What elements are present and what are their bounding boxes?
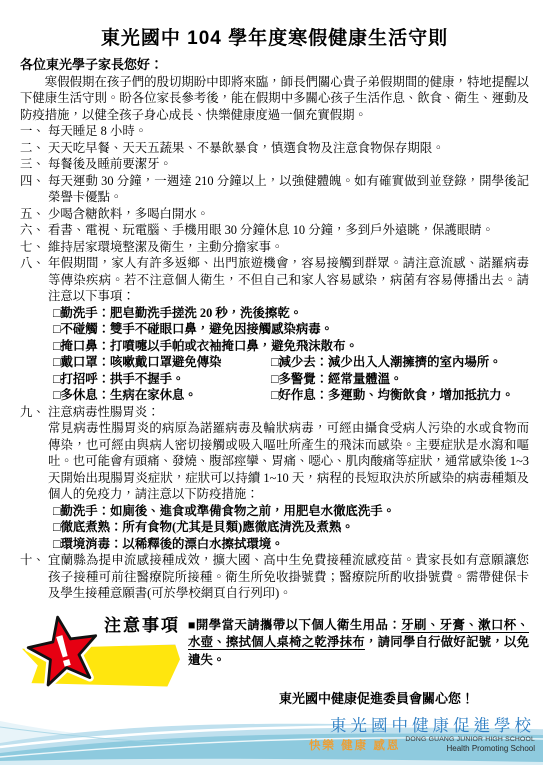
exclamation-star-icon: ! [17,603,111,702]
rule-number: 九、 [20,404,48,421]
hygiene-checkbox-item: □戴口罩：咳嗽戴口罩避免傳染 [53,354,271,371]
rule-number: 十、 [20,552,48,602]
school-name-en-line: DONG GUANG JUNIOR HIGH SCHOOL [405,736,535,744]
rule-text: 維持居家環境整潔及衛生，主動分擔家事。 [48,239,529,256]
school-logo-subrow: 快樂 健康 感恩 DONG GUANG JUNIOR HIGH SCHOOL H… [309,736,535,755]
greeting-line: 各位東光學子家長您好： [20,57,529,74]
prevention-checkbox-item: □徹底煮熟：所有食物(尤其是貝類)應徹底清洗及煮熟。 [53,519,529,536]
rule-text: 每天睡足 8 小時。 [48,123,529,140]
rule-number: 八、 [20,255,48,305]
rule-number: 六、 [20,222,48,239]
document-page: 東光國中 104 學年度寒假健康生活守則 各位東光學子家長您好： 寒假假期在孩子… [0,0,543,768]
rule-item-1: 一、 每天睡足 8 小時。 [20,123,529,140]
notice-badge-graphic: ! 注意事項 [20,612,188,688]
gastroenteritis-paragraph: 常見病毒性腸胃炎的病原為諾羅病毒及輪狀病毒，可經由攝食受病人污染的水或食物而傳染… [48,420,529,503]
rule-number: 五、 [20,206,48,223]
rule-number: 四、 [20,173,48,206]
hygiene-checkbox-item: □不碰觸：雙手不碰眼口鼻，避免因接觸感染病毒。 [53,321,529,338]
notice-section: ! 注意事項 ■開學當天請攜帶以下個人衛生用品：牙刷、牙膏、漱口杯、水壺、擦拭個… [20,612,529,688]
school-logo-block: 東光國中健康促進學校 快樂 健康 感恩 DONG GUANG JUNIOR HI… [309,716,535,755]
rule-item-8: 八、 年假期間，家人有許多返鄉、出門旅遊機會，容易接觸到群眾。請注意流感、諾羅病… [20,255,529,305]
closing-line: 東光國中健康促進委員會關心您！ [20,691,529,708]
hygiene-checkbox-item: □好作息：多運動、均衡飲食，增加抵抗力。 [271,387,514,404]
notice-text: ■開學當天請攜帶以下個人衛生用品：牙刷、牙膏、漱口杯、水壺、擦拭個人桌椅之乾淨抹… [188,612,529,688]
rule-number: 七、 [20,239,48,256]
rule-item-2: 二、 天天吃早餐、天天五蔬果、不暴飲暴食，慎選食物及注意食物保存期限。 [20,140,529,157]
rule-heading: 注意病毒性腸胃炎： [48,404,529,421]
rule-text: 每天運動 30 分鐘，一週達 210 分鐘以上，以強健體魄。如有確實做到並登錄，… [48,173,529,206]
rule-item-4: 四、 每天運動 30 分鐘，一週達 210 分鐘以上，以強健體魄。如有確實做到並… [20,173,529,206]
school-name-english: DONG GUANG JUNIOR HIGH SCHOOL Health Pro… [405,736,535,754]
hygiene-checkbox-row: □打招呼：拱手不握手。 □多警覺：經常量體溫。 [53,371,529,388]
hygiene-checkbox-item: □減少去：減少出入人潮擁擠的室內場所。 [271,354,502,371]
rule-text: 看書、電視、玩電腦、手機用眼 30 分鐘休息 10 分鐘，多到戶外遠眺，保護眼睛… [48,222,529,239]
hygiene-checkbox-row: □戴口罩：咳嗽戴口罩避免傳染 □減少去：減少出入人潮擁擠的室內場所。 [53,354,529,371]
rule-item-9: 九、 注意病毒性腸胃炎： [20,404,529,421]
rule-item-6: 六、 看書、電視、玩電腦、手機用眼 30 分鐘休息 10 分鐘，多到戶外遠眺，保… [20,222,529,239]
rule-item-3: 三、 每餐後及睡前要潔牙。 [20,156,529,173]
rule-text: 宜蘭縣為提申流感接種成效，擴大國、高中生免費接種流感疫苗。貴家長如有意願讓您孩子… [48,552,529,602]
rule-item-7: 七、 維持居家環境整潔及衛生，主動分擔家事。 [20,239,529,256]
rule-text: 天天吃早餐、天天五蔬果、不暴飲暴食，慎選食物及注意食物保存期限。 [48,140,529,157]
document-body: 東光國中 104 學年度寒假健康生活守則 各位東光學子家長您好： 寒假假期在孩子… [0,0,543,707]
page-title: 東光國中 104 學年度寒假健康生活守則 [20,26,529,52]
prevention-checkbox-item: □勤洗手：如廁後、進食或準備食物之前，用肥皂水徹底洗手。 [53,503,529,520]
hygiene-checkbox-item: □勤洗手：肥皂勤洗手搓洗 20 秒，洗後擦乾。 [53,305,529,322]
school-name: 東光國中健康促進學校 [309,716,535,736]
notice-badge-label: 注意事項 [104,618,180,635]
rule-text: 每餐後及睡前要潔牙。 [48,156,529,173]
rule-number: 一、 [20,123,48,140]
rule-item-10: 十、 宜蘭縣為提申流感接種成效，擴大國、高中生免費接種流感疫苗。貴家長如有意願讓… [20,552,529,602]
hygiene-checkbox-item: □打招呼：拱手不握手。 [53,371,271,388]
rule-text: 少喝含糖飲料，多喝白開水。 [48,206,529,223]
school-motto: 快樂 健康 感恩 [309,736,400,755]
intro-paragraph: 寒假假期在孩子們的殷切期盼中即將來臨，師長們關心貴子弟假期間的健康，特地提醒以下… [20,74,529,124]
hygiene-checkbox-item: □多警覺：經常量體溫。 [271,371,402,388]
hygiene-checkbox-item: □多休息：生病在家休息。 [53,387,271,404]
rule-number: 三、 [20,156,48,173]
footer-wave-banner: 東光國中健康促進學校 快樂 健康 感恩 DONG GUANG JUNIOR HI… [0,713,543,765]
prevention-checkbox-item: □環境消毒：以稀釋後的漂白水擦拭環境。 [53,536,529,553]
rule-item-5: 五、 少喝含糖飲料，多喝白開水。 [20,206,529,223]
hygiene-checkbox-row: □多休息：生病在家休息。 □好作息：多運動、均衡飲食，增加抵抗力。 [53,387,529,404]
rule-text: 年假期間，家人有許多返鄉、出門旅遊機會，容易接觸到群眾。請注意流感、諾羅病毒等傳… [48,255,529,305]
school-tagline-en: Health Promoting School [405,744,535,754]
notice-prefix: ■開學當天請攜帶以下個人衛生用品： [188,618,401,632]
rule-number: 二、 [20,140,48,157]
hygiene-checkbox-item: □掩口鼻：打噴嚏以手帕或衣袖掩口鼻，避免飛沫散布。 [53,338,529,355]
